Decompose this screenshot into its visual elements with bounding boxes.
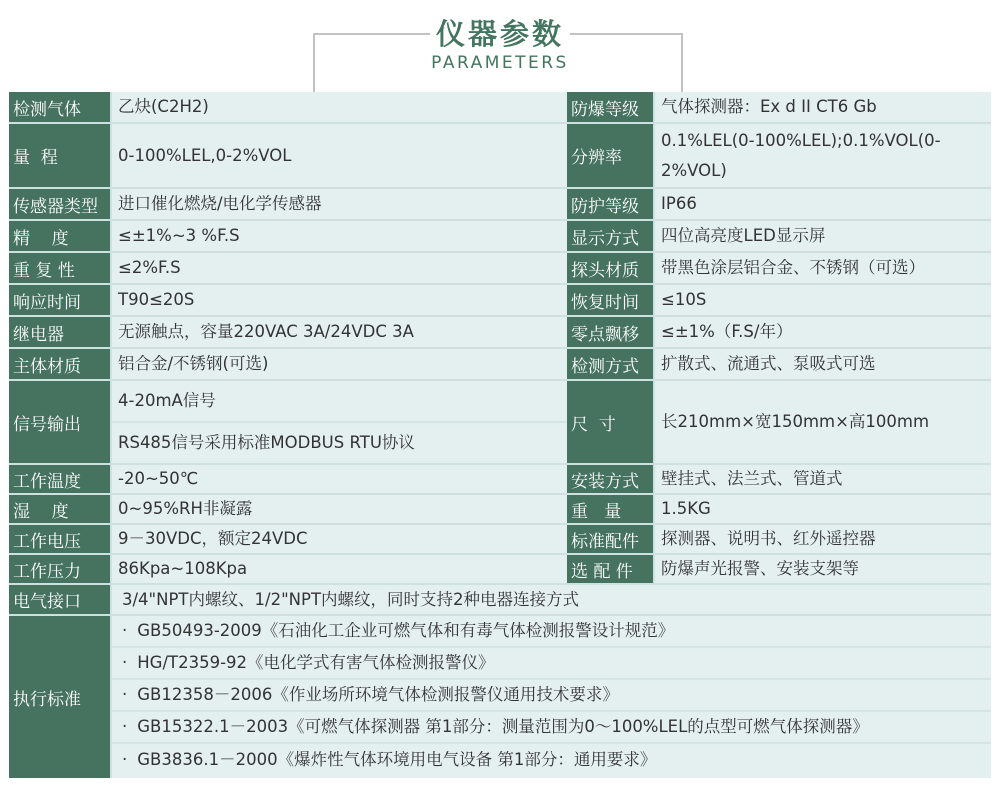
param-label: 传感器类型 [9,189,112,219]
param-value: 壁挂式、法兰式、管道式 [655,465,991,493]
table-row: 工作电压 9－30VDC，额定24VDC 标准配件 探测器、说明书、红外遥控器 [9,525,991,555]
table-row: 继电器 无源触点，容量220VAC 3A/24VDC 3A 零点飘移 ≤±1%（… [9,317,991,349]
param-label: 零点飘移 [567,317,655,347]
param-label: 标准配件 [567,525,655,553]
param-value: 0~95%RH非凝露 [112,495,567,523]
table-row: 湿 度 0~95%RH非凝露 重 量 1.5KG [9,495,991,525]
standards-row: 执行标准 · GB50493-2009《石油化工企业可燃气体和有毒气体检测报警设… [9,616,991,778]
page-title: 仪器参数 [0,14,1000,54]
param-value: 探测器、说明书、红外遥控器 [655,525,991,553]
standard-text: GB3836.1－2000《爆炸性气体环境用电气设备 第1部分：通用要求》 [137,745,656,775]
param-label: 响应时间 [9,285,112,315]
param-value-line: RS485信号采用标准MODBUS RTU协议 [112,423,567,463]
list-item: · GB3836.1－2000《爆炸性气体环境用电气设备 第1部分：通用要求》 [112,744,991,776]
table-row: 检测气体 乙炔(C2H2) 防爆等级 气体探测器：Ex d II CT6 Gb [9,92,991,124]
param-value: 9－30VDC，额定24VDC [112,525,567,553]
param-value: 扩散式、流通式、泵吸式可选 [655,349,991,379]
param-value: 长210mm×宽150mm×高100mm [655,381,991,463]
param-value: 4-20mA信号 RS485信号采用标准MODBUS RTU协议 [112,381,567,463]
table-row: 传感器类型 进口催化燃烧/电化学传感器 防护等级 IP66 [9,189,991,221]
table-row: 精 度 ≤±1%~3 %F.S 显示方式 四位高亮度LED显示屏 [9,221,991,253]
param-value: ≤±1%~3 %F.S [112,221,567,251]
standards-list: · GB50493-2009《石油化工企业可燃气体和有毒气体检测报警设计规范》 … [112,616,991,778]
table-row: 重 复 性 ≤2%F.S 探头材质 带黑色涂层铝合金、不锈钢（可选） [9,253,991,285]
param-value: -20~50℃ [112,465,567,493]
param-value-line: 4-20mA信号 [112,381,567,423]
param-value: ≤±1%（F.S/年） [655,317,991,347]
param-label: 防护等级 [567,189,655,219]
param-value: 乙炔(C2H2) [112,92,567,122]
param-label: 工作压力 [9,555,112,583]
standard-text: GB12358－2006《作业场所环境气体检测报警仪通用技术要求》 [137,680,619,710]
param-label: 探头材质 [567,253,655,283]
table-row: 工作压力 86Kpa~108Kpa 选 配 件 防爆声光报警、安装支架等 [9,555,991,585]
param-value: 进口催化燃烧/电化学传感器 [112,189,567,219]
table-row: 信号输出 4-20mA信号 RS485信号采用标准MODBUS RTU协议 尺 … [9,381,991,465]
param-label: 精 度 [9,221,112,251]
electrical-interface-row: 电气接口 3/4"NPT内螺纹、1/2"NPT内螺纹，同时支持2种电器连接方式 [9,585,991,616]
bullet-icon: · [122,680,127,710]
param-label: 选 配 件 [567,555,655,583]
param-label: 信号输出 [9,381,112,463]
param-value: 防爆声光报警、安装支架等 [655,555,991,583]
param-value: 带黑色涂层铝合金、不锈钢（可选） [655,253,991,283]
param-value: 3/4"NPT内螺纹、1/2"NPT内螺纹，同时支持2种电器连接方式 [112,585,991,614]
param-value: 无源触点，容量220VAC 3A/24VDC 3A [112,317,567,347]
table-row: 量 程 0-100%LEL,0-2%VOL 分辨率 0.1%LEL(0-100%… [9,124,991,189]
param-label: 检测方式 [567,349,655,379]
param-value: ≤2%F.S [112,253,567,283]
param-label: 量 程 [9,124,112,187]
param-label: 分辨率 [567,124,655,187]
standard-text: GB50493-2009《石油化工企业可燃气体和有毒气体检测报警设计规范》 [137,616,674,646]
standard-text: HG/T2359-92《电化学式有害气体检测报警仪》 [137,648,494,678]
section-header: 仪器参数 PARAMETERS [0,0,1000,92]
list-item: · HG/T2359-92《电化学式有害气体检测报警仪》 [112,648,991,680]
param-label: 安装方式 [567,465,655,493]
bullet-icon: · [122,648,127,678]
param-value: 四位高亮度LED显示屏 [655,221,991,251]
param-label: 主体材质 [9,349,112,379]
param-label: 湿 度 [9,495,112,523]
param-value: 0-100%LEL,0-2%VOL [112,124,567,187]
page-title-text: 仪器参数 [430,17,570,51]
param-label: 检测气体 [9,92,112,122]
bullet-icon: · [122,712,127,742]
param-label: 显示方式 [567,221,655,251]
param-label: 工作电压 [9,525,112,553]
bullet-icon: · [122,616,127,646]
page-subtitle: PARAMETERS [0,52,1000,74]
param-value: T90≤20S [112,285,567,315]
param-label: 工作温度 [9,465,112,493]
table-row: 主体材质 铝合金/不锈钢(可选) 检测方式 扩散式、流通式、泵吸式可选 [9,349,991,381]
param-value: IP66 [655,189,991,219]
param-value: 0.1%LEL(0-100%LEL);0.1%VOL(0- 2%VOL) [655,124,991,187]
list-item: · GB15322.1－2003《可燃气体探测器 第1部分：测量范围为0～100… [112,712,991,744]
param-label: 恢复时间 [567,285,655,315]
param-value-line: 0.1%LEL(0-100%LEL);0.1%VOL(0- [661,126,941,156]
table-row: 响应时间 T90≤20S 恢复时间 ≤10S [9,285,991,317]
param-value: 86Kpa~108Kpa [112,555,567,583]
param-label: 尺 寸 [567,381,655,463]
bullet-icon: · [122,745,127,775]
param-value: ≤10S [655,285,991,315]
parameters-table: 检测气体 乙炔(C2H2) 防爆等级 气体探测器：Ex d II CT6 Gb … [9,92,991,778]
standard-text: GB15322.1－2003《可燃气体探测器 第1部分：测量范围为0～100%L… [137,712,869,742]
param-value-line: 2%VOL) [661,156,727,186]
list-item: · GB50493-2009《石油化工企业可燃气体和有毒气体检测报警设计规范》 [112,616,991,648]
param-label: 重 量 [567,495,655,523]
param-label: 防爆等级 [567,92,655,122]
table-row: 工作温度 -20~50℃ 安装方式 壁挂式、法兰式、管道式 [9,465,991,495]
param-label: 继电器 [9,317,112,347]
param-value: 1.5KG [655,495,991,523]
param-label: 电气接口 [9,585,112,614]
param-value: 气体探测器：Ex d II CT6 Gb [655,92,991,122]
param-label: 重 复 性 [9,253,112,283]
list-item: · GB12358－2006《作业场所环境气体检测报警仪通用技术要求》 [112,680,991,712]
param-label: 执行标准 [9,616,112,778]
param-value: 铝合金/不锈钢(可选) [112,349,567,379]
